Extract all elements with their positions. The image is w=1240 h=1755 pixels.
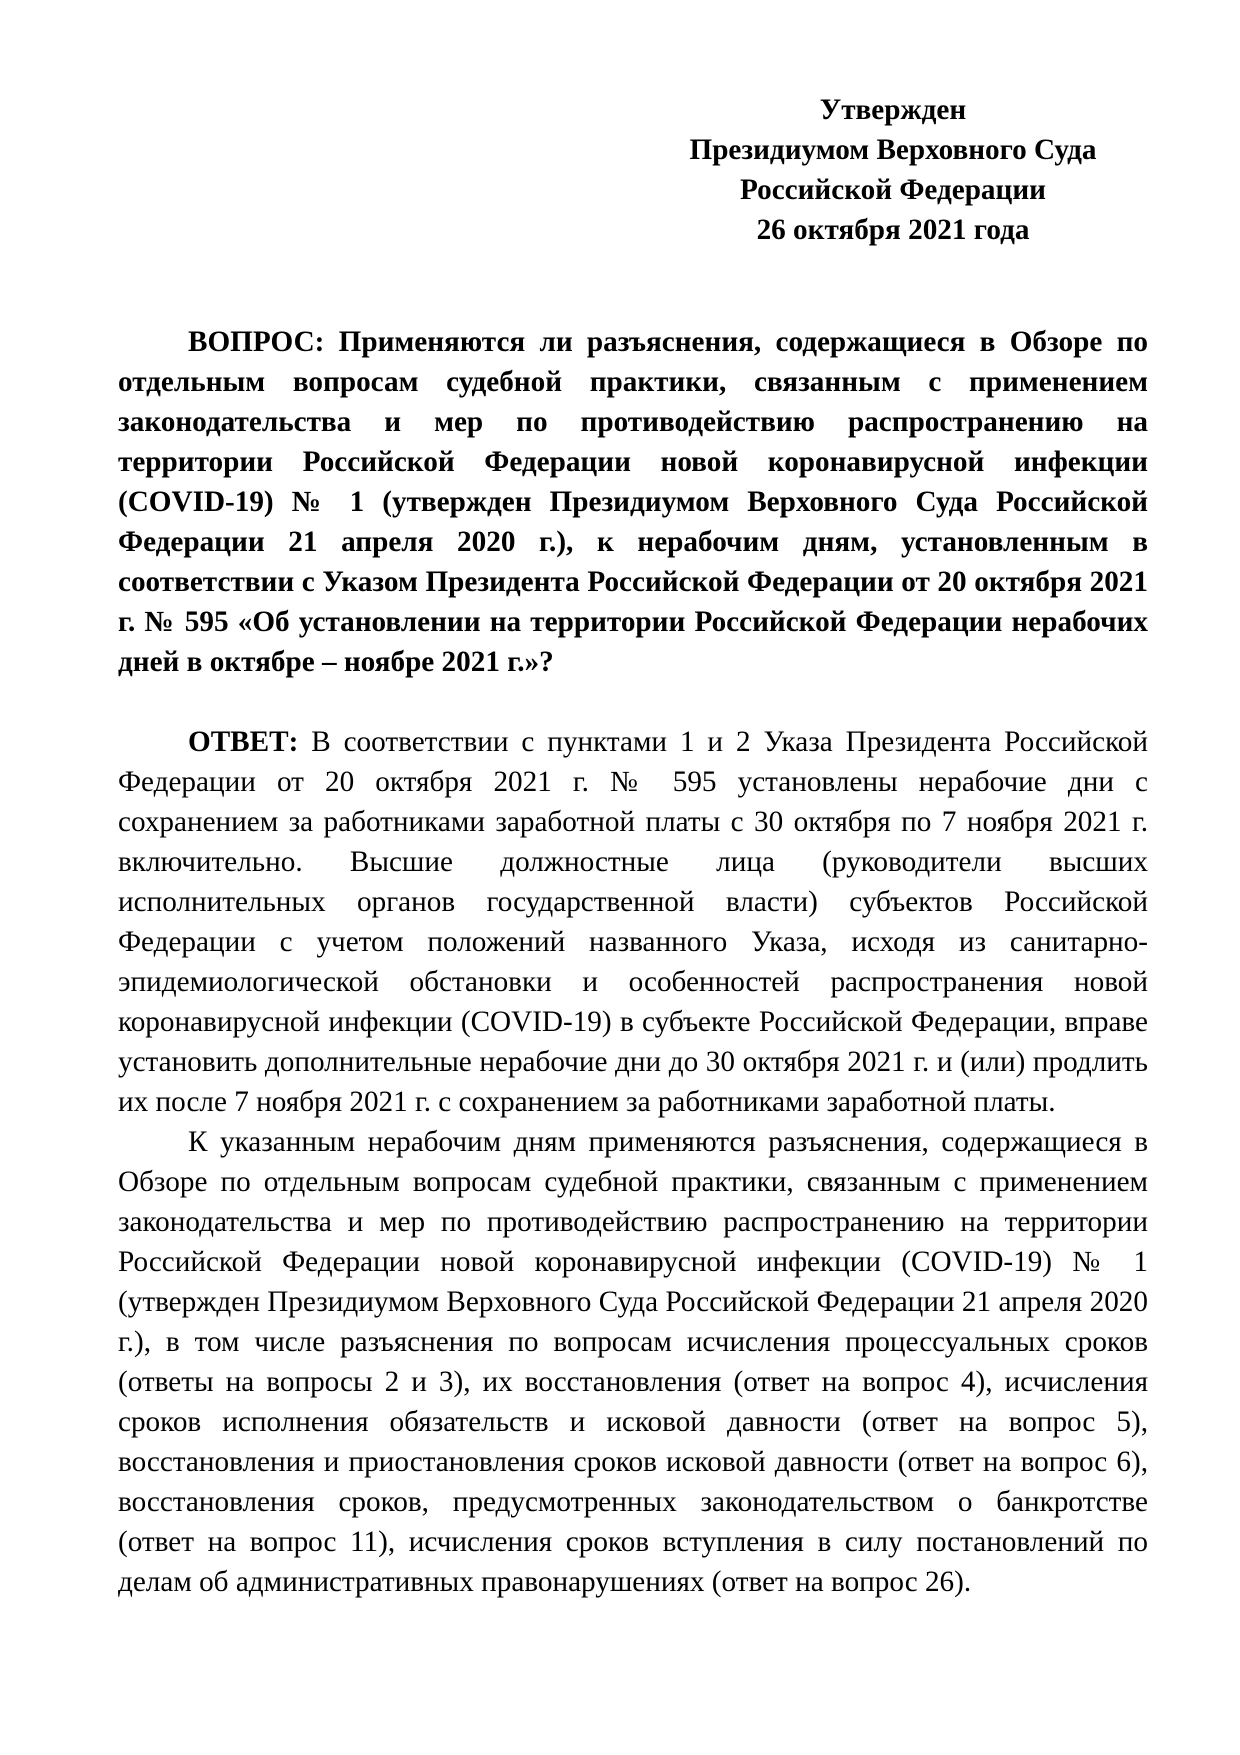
approval-block: Утвержден Президиумом Верховного Суда Ро… [658,90,1128,250]
answer-paragraph-1: ОТВЕТ: В соответствии с пунктами 1 и 2 У… [118,722,1148,1122]
question-text: Применяются ли разъяснения, содержащиеся… [118,326,1148,678]
approval-line: Российской Федерации [658,170,1128,210]
answer-text-1: В соответствии с пунктами 1 и 2 Указа Пр… [118,726,1148,1118]
question-paragraph: ВОПРОС: Применяются ли разъяснения, соде… [118,322,1148,682]
document-page: Утвержден Президиумом Верховного Суда Ро… [0,0,1240,1755]
question-label: ВОПРОС: [188,326,324,358]
approval-line: 26 октября 2021 года [658,210,1128,250]
answer-text-2: К указанным нерабочим дням применяются р… [118,1126,1148,1598]
answer-label: ОТВЕТ: [188,726,298,758]
approval-line: Утвержден [658,90,1128,130]
approval-line: Президиумом Верховного Суда [658,130,1128,170]
answer-paragraph-2: К указанным нерабочим дням применяются р… [118,1122,1148,1602]
